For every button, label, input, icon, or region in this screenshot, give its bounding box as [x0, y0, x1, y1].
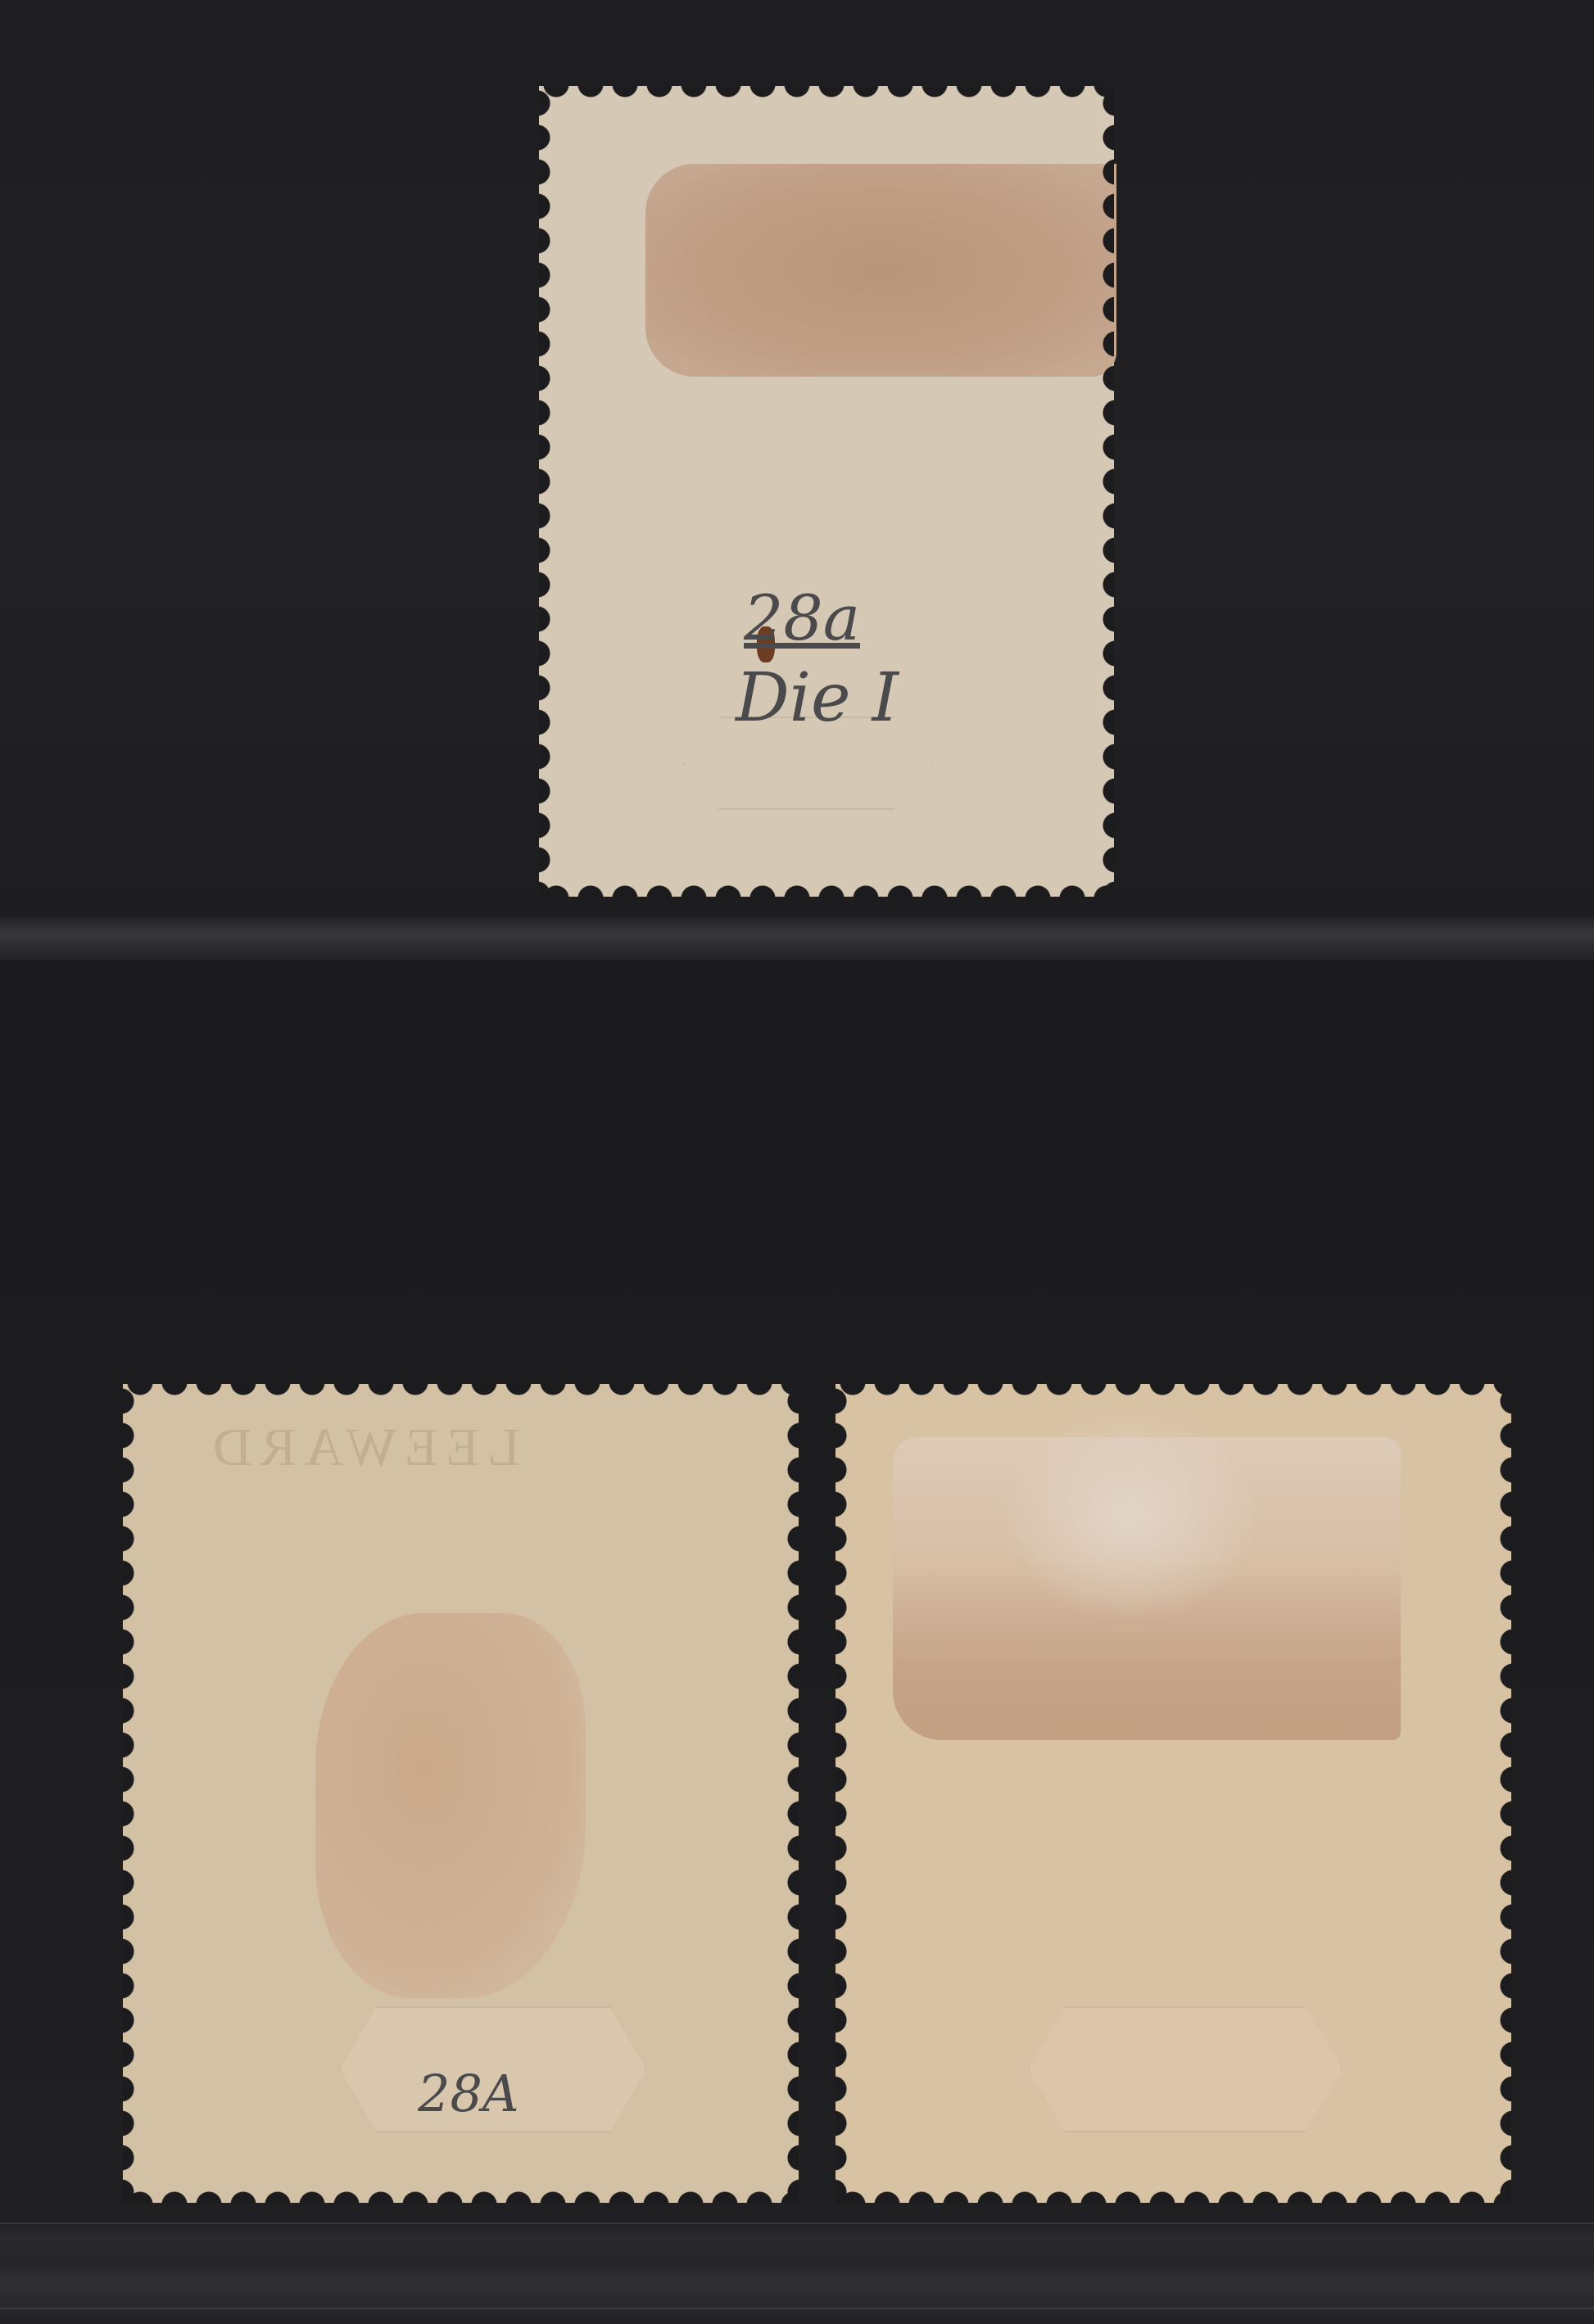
hinge-stain	[315, 1613, 586, 1998]
show-through-text: LEEWARD	[205, 1417, 520, 1479]
pencil-note-catalog: 28A	[418, 2064, 519, 2123]
value-tablet-show-through	[1028, 2006, 1343, 2132]
stamp-top: 28a Die I	[539, 86, 1114, 897]
disturbed-gum-area	[1008, 1417, 1253, 1613]
pencil-note-die: Die I	[736, 659, 899, 737]
stock-card-strip-1	[0, 917, 1594, 960]
strip-edge-line	[0, 2222, 1594, 2224]
stamp-bottom-right	[835, 1384, 1511, 2203]
strip-edge-line	[0, 2308, 1594, 2309]
stamp-bottom-left: LEEWARD 28A	[123, 1384, 799, 2203]
hinge-stain	[645, 164, 1116, 377]
pencil-note-catalog: 28a	[744, 581, 860, 654]
stock-card-strip-shadow	[0, 960, 1594, 992]
